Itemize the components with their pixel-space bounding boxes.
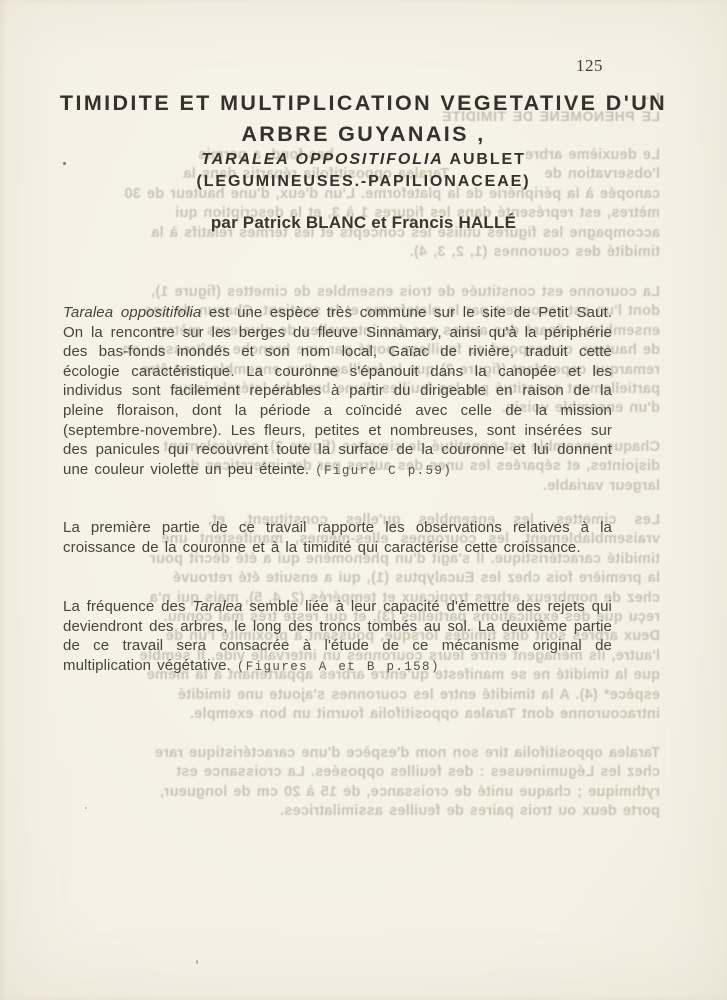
body-paragraph-2: La première partie de ce travail rapport…: [63, 518, 612, 557]
body-paragraph-1: Taralea oppositifolia est une espèce trè…: [63, 303, 612, 481]
body-paragraph-3: La fréquence des Taralea semble liée à l…: [63, 597, 612, 677]
figure-reference-2: (Figures A et B p.158): [237, 660, 440, 674]
article-title-line-2: ARBRE GUYANAIS ,: [0, 122, 727, 147]
genus-italic: Taralea: [192, 598, 242, 615]
bleedthrough-paragraph-5: Taralea oppositifolia tire son nom d'esp…: [66, 744, 660, 822]
article-title-species-line: TARALEA OPPOSITIFOLIA AUBLET: [0, 151, 727, 169]
paper-speck: [85, 807, 87, 809]
paragraph-1-text: est une espèce très commune sur le site …: [63, 304, 612, 478]
author-byline: par Patrick BLANC et Francis HALLÉ: [0, 213, 727, 233]
article-title-line-1: TIMIDITE ET MULTIPLICATION VEGETATIVE D'…: [0, 91, 727, 116]
species-name: TARALEA OPPOSITIFOLIA: [201, 151, 444, 168]
species-authority: AUBLET: [444, 151, 526, 168]
figure-reference-1: (Figure C p.59): [315, 464, 452, 478]
scanned-paper-page: I - LE PHENOMENE DE TIMIDITE Le deuxième…: [0, 0, 727, 1000]
article-title-family-line: (LEGUMINEUSES.-PAPILIONACEAE): [0, 173, 727, 191]
paper-speck: [196, 960, 198, 964]
paper-speck: [63, 162, 66, 165]
species-lead-italic: Taralea oppositifolia: [63, 304, 201, 321]
page-number: 125: [576, 56, 603, 76]
paragraph-3-text-before: La fréquence des: [63, 598, 192, 615]
paragraph-2-text: La première partie de ce travail rapport…: [63, 519, 612, 556]
